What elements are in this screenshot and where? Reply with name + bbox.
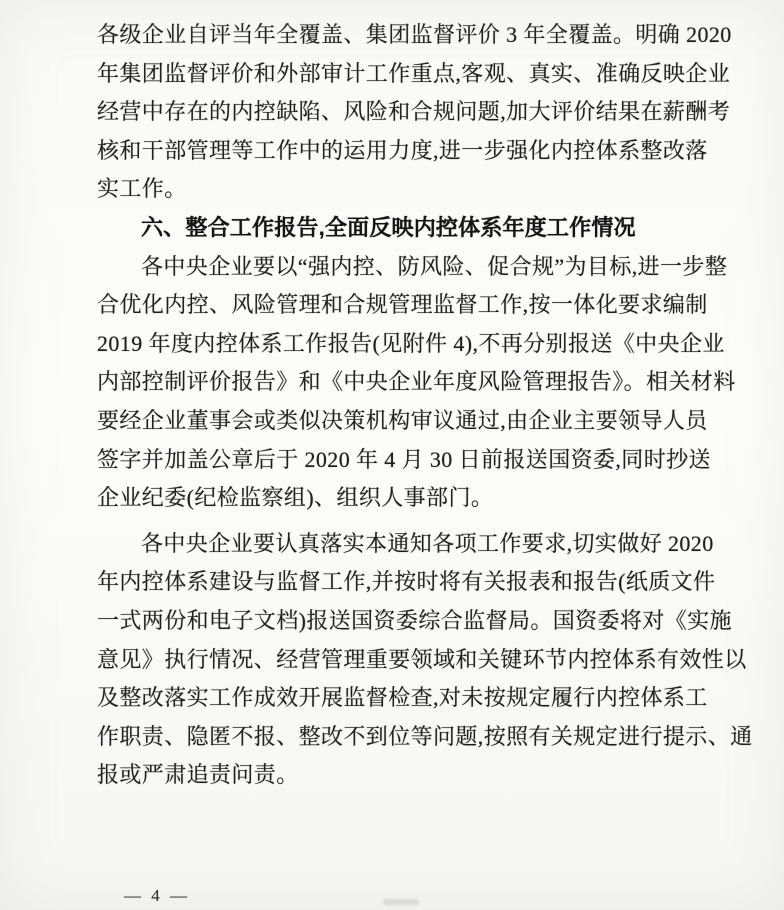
page-number: — 4 — [124, 886, 190, 906]
doc-line: 年内控体系建设与监督工作,并按时将有关报表和报告(纸质文件 [97, 563, 697, 602]
doc-line: 要经企业董事会或类似决策机构审议通过,由企业主要领导人员 [97, 402, 697, 441]
doc-line: 2019 年度内控体系工作报告(见附件 4),不再分别报送《中央企业 [97, 325, 697, 364]
doc-line: 年集团监督评价和外部审计工作重点,客观、真实、准确反映企业 [97, 55, 697, 94]
doc-line: 签字并加盖公章后于 2020 年 4 月 30 日前报送国资委,同时抄送 [97, 441, 697, 480]
doc-line: 各中央企业要以“强内控、防风险、促合规”为目标,进一步整 [97, 248, 697, 287]
doc-line: 报或严肃追责问责。 [97, 756, 697, 795]
section-heading: 六、整合工作报告,全面反映内控体系年度工作情况 [97, 209, 697, 248]
doc-line: 经营中存在的内控缺陷、风险和合规问题,加大评价结果在薪酬考 [97, 93, 697, 132]
doc-line: 及整改落实工作成效开展监督检查,对未按规定履行内控体系工 [97, 679, 697, 718]
doc-line: 各级企业自评当年全覆盖、集团监督评价 3 年全覆盖。明确 2020 [97, 16, 697, 55]
scan-smudge [383, 899, 419, 905]
doc-line: 作职责、隐匿不报、整改不到位等问题,按照有关规定进行提示、通 [97, 718, 697, 757]
doc-line: 核和干部管理等工作中的运用力度,进一步强化内控体系整改落 [97, 132, 697, 171]
doc-line: 一式两份和电子文档)报送国资委综合监督局。国资委将对《实施 [97, 602, 697, 641]
document-page: 各级企业自评当年全覆盖、集团监督评价 3 年全覆盖。明确 2020 年集团监督评… [0, 0, 784, 910]
document-body: 各级企业自评当年全覆盖、集团监督评价 3 年全覆盖。明确 2020 年集团监督评… [97, 16, 697, 795]
doc-line: 内部控制评价报告》和《中央企业年度风险管理报告》。相关材料 [97, 363, 697, 402]
doc-line: 企业纪委(纪检监察组)、组织人事部门。 [97, 479, 697, 518]
doc-line: 合优化内控、风险管理和合规管理监督工作,按一体化要求编制 [97, 286, 697, 325]
doc-line: 实工作。 [97, 170, 697, 209]
doc-line: 意见》执行情况、经营管理重要领域和关键环节内控体系有效性以 [97, 641, 697, 680]
doc-line: 各中央企业要认真落实本通知各项工作要求,切实做好 2020 [97, 525, 697, 564]
